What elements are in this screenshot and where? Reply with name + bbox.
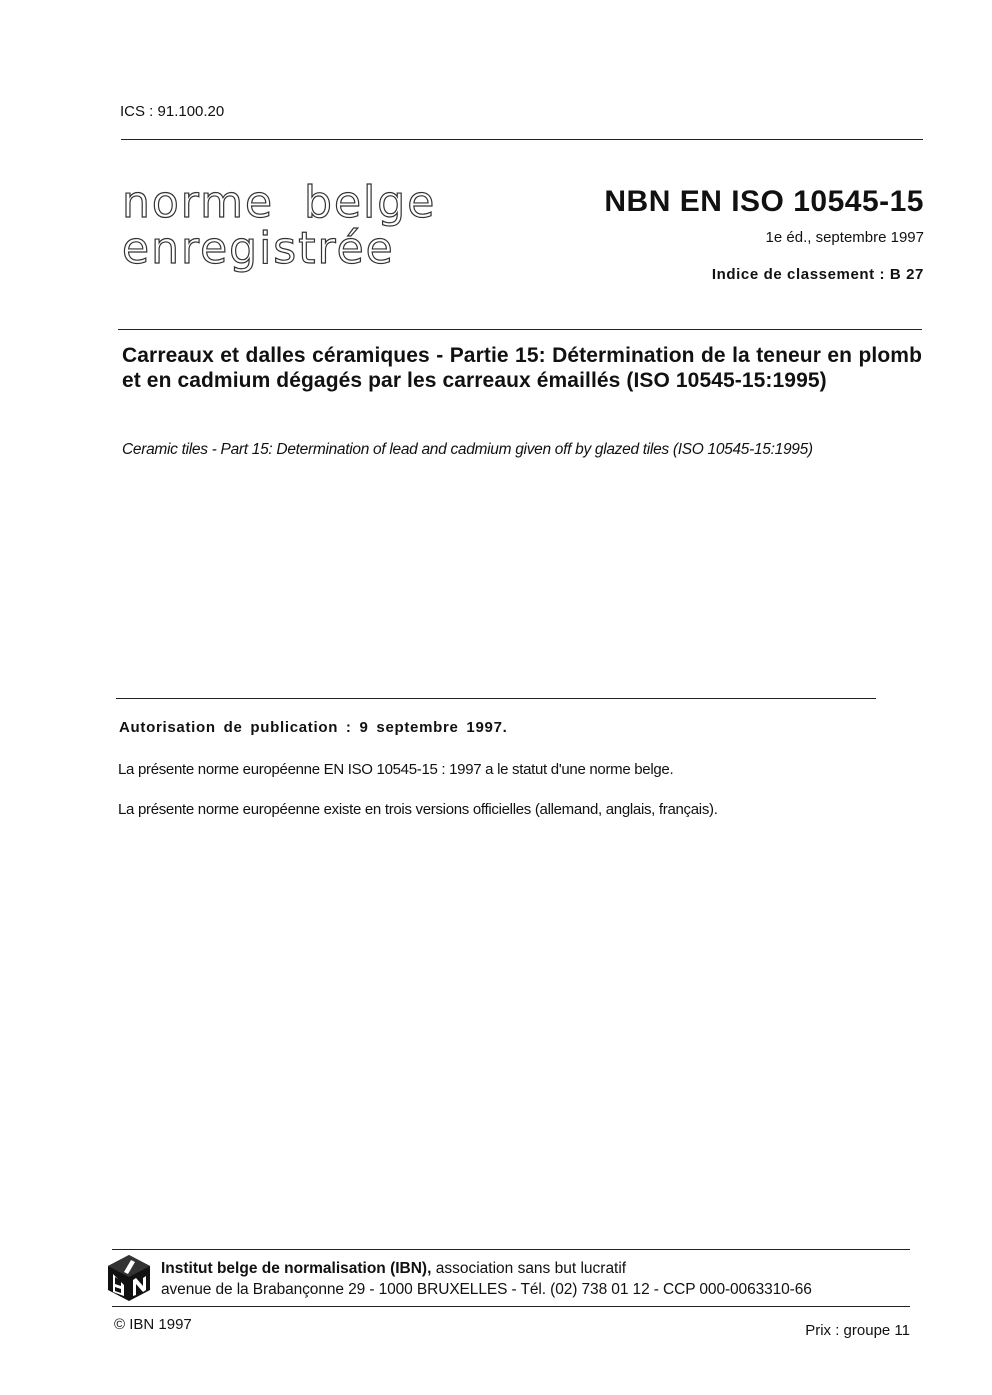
english-title: Ceramic tiles - Part 15: Determination o…: [122, 441, 813, 459]
footer-rule-top: [112, 1249, 910, 1250]
price-group: Prix : groupe 11: [805, 1322, 910, 1339]
edition-date: 1e éd., septembre 1997: [766, 229, 924, 246]
ics-code: ICS : 91.100.20: [120, 103, 224, 120]
status-paragraph: La présente norme européenne EN ISO 1054…: [118, 761, 673, 778]
top-rule: [121, 139, 923, 140]
standard-number: NBN EN ISO 10545-15: [604, 185, 924, 219]
organization-description: association sans but lucratif: [431, 1260, 626, 1277]
footer-rule-bottom: [112, 1306, 910, 1307]
organization-name-bold: Institut belge de normalisation (IBN),: [161, 1260, 431, 1277]
organization-address: avenue de la Brabançonne 29 - 1000 BRUXE…: [161, 1281, 812, 1299]
ibn-logo-icon: [106, 1254, 152, 1302]
publication-authorization: Autorisation de publication : 9 septembr…: [119, 719, 507, 736]
brand-title-line1: norme belge: [122, 180, 436, 226]
copyright: © IBN 1997: [114, 1316, 192, 1333]
versions-paragraph: La présente norme européenne existe en t…: [118, 801, 718, 818]
classification-index: Indice de classement : B 27: [712, 266, 924, 283]
brand-title-line2: enregistrée: [122, 226, 395, 272]
french-title: Carreaux et dalles céramiques - Partie 1…: [122, 343, 922, 393]
section-rule: [116, 698, 876, 699]
organization-name: Institut belge de normalisation (IBN), a…: [161, 1260, 626, 1278]
title-rule: [118, 329, 922, 330]
